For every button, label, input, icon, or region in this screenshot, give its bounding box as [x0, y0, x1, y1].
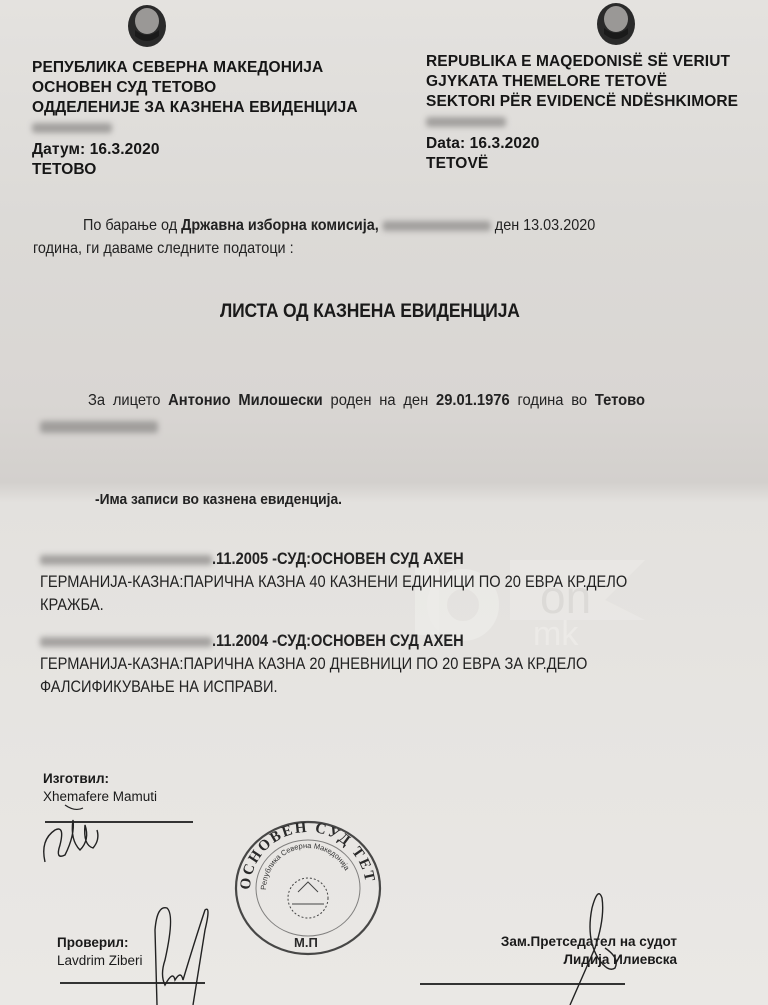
person-name: Антонио Милошески: [168, 392, 323, 409]
header-right-city: TETOVË: [426, 154, 738, 174]
person-dob: 29.01.1976: [436, 392, 510, 409]
checked-label: Проверил:: [57, 934, 143, 952]
checked-by-block: Проверил: Lavdrim Ziberi: [57, 934, 143, 970]
intro-text: По барање од: [83, 217, 177, 234]
header-left: РЕПУБЛИКА СЕВЕРНА МАКЕДОНИЈА ОСНОВЕН СУД…: [32, 58, 358, 180]
header-right-line: SEKTORI PËR EVIDENCË NDËSHKIMORE: [426, 92, 738, 112]
record-2: .11.2004 -СУД:ОСНОВЕН СУД АХЕН ГЕРМАНИЈА…: [40, 629, 694, 698]
redacted-reference: [40, 555, 212, 565]
record-detail: ФАЛСИФИКУВАЊЕ НА ИСПРАВИ.: [40, 675, 694, 698]
records-note: -Има записи во казнена евиденција.: [95, 489, 342, 511]
record-head: .11.2005 -СУД:ОСНОВЕН СУД АХЕН: [212, 549, 464, 568]
header-left-date: Датум: 16.3.2020: [32, 140, 358, 160]
coat-of-arms-icon: [594, 2, 638, 46]
record-detail: КРАЖБА.: [40, 593, 694, 616]
record-1: .11.2005 -СУД:ОСНОВЕН СУД АХЕН ГЕРМАНИЈА…: [40, 547, 694, 616]
signature-prepared: [35, 800, 115, 870]
person-place: Тетово: [595, 392, 645, 409]
redacted-reference: [383, 221, 491, 231]
redacted-reference: [426, 112, 738, 134]
intro-line-2: година, ги даваме следните податоци :: [33, 238, 294, 260]
court-seal: ОСНОВЕН СУД ТЕТОВО Република Северна Мак…: [228, 812, 388, 962]
person-line: За лицето Антонио Милошески роден на ден…: [88, 390, 732, 412]
person-text: За лицето: [88, 392, 160, 409]
checked-name: Lavdrim Ziberi: [57, 952, 143, 970]
header-right-line: GJYKATA THEMELORE TETOVË: [426, 72, 738, 92]
redacted-reference: [40, 418, 158, 436]
header-right-date: Data: 16.3.2020: [426, 134, 738, 154]
signature-deputy: [560, 888, 630, 1005]
record-detail: ГЕРМАНИЈА-КАЗНА:ПАРИЧНА КАЗНА 40 КАЗНЕНИ…: [40, 570, 694, 593]
prepared-label: Изготвил:: [43, 770, 157, 788]
record-detail: ГЕРМАНИЈА-КАЗНА:ПАРИЧНА КАЗНА 20 ДНЕВНИЦ…: [40, 652, 694, 675]
intro-line-1: По барање од Државна изборна комисија, д…: [83, 215, 686, 237]
header-right: REPUBLIKA E MAQEDONISË SË VERIUT GJYKATA…: [426, 52, 738, 174]
seal-mp: М.П: [294, 935, 318, 950]
person-text: роден на ден: [331, 392, 429, 409]
header-left-line: ОСНОВЕН СУД ТЕТОВО: [32, 78, 358, 98]
record-head: .11.2004 -СУД:ОСНОВЕН СУД АХЕН: [212, 631, 464, 650]
header-left-city: ТЕТОВО: [32, 160, 358, 180]
header-right-line: REPUBLIKA E MAQEDONISË SË VERIUT: [426, 52, 738, 72]
coat-of-arms-icon: [125, 4, 169, 48]
redacted-reference: [40, 637, 212, 647]
person-text: година во: [517, 392, 587, 409]
header-left-line: ОДДЕЛЕНИЈЕ ЗА КАЗНЕНА ЕВИДЕНЦИЈА: [32, 98, 358, 118]
intro-date: ден 13.03.2020: [495, 217, 595, 234]
signature-checked: [145, 900, 220, 1005]
requester-name: Државна изборна комисија,: [181, 217, 379, 234]
header-left-line: РЕПУБЛИКА СЕВЕРНА МАКЕДОНИЈА: [32, 58, 358, 78]
redacted-reference: [32, 118, 358, 140]
document-title: ЛИСТА ОД КАЗНЕНА ЕВИДЕНЦИЈА: [220, 301, 520, 323]
